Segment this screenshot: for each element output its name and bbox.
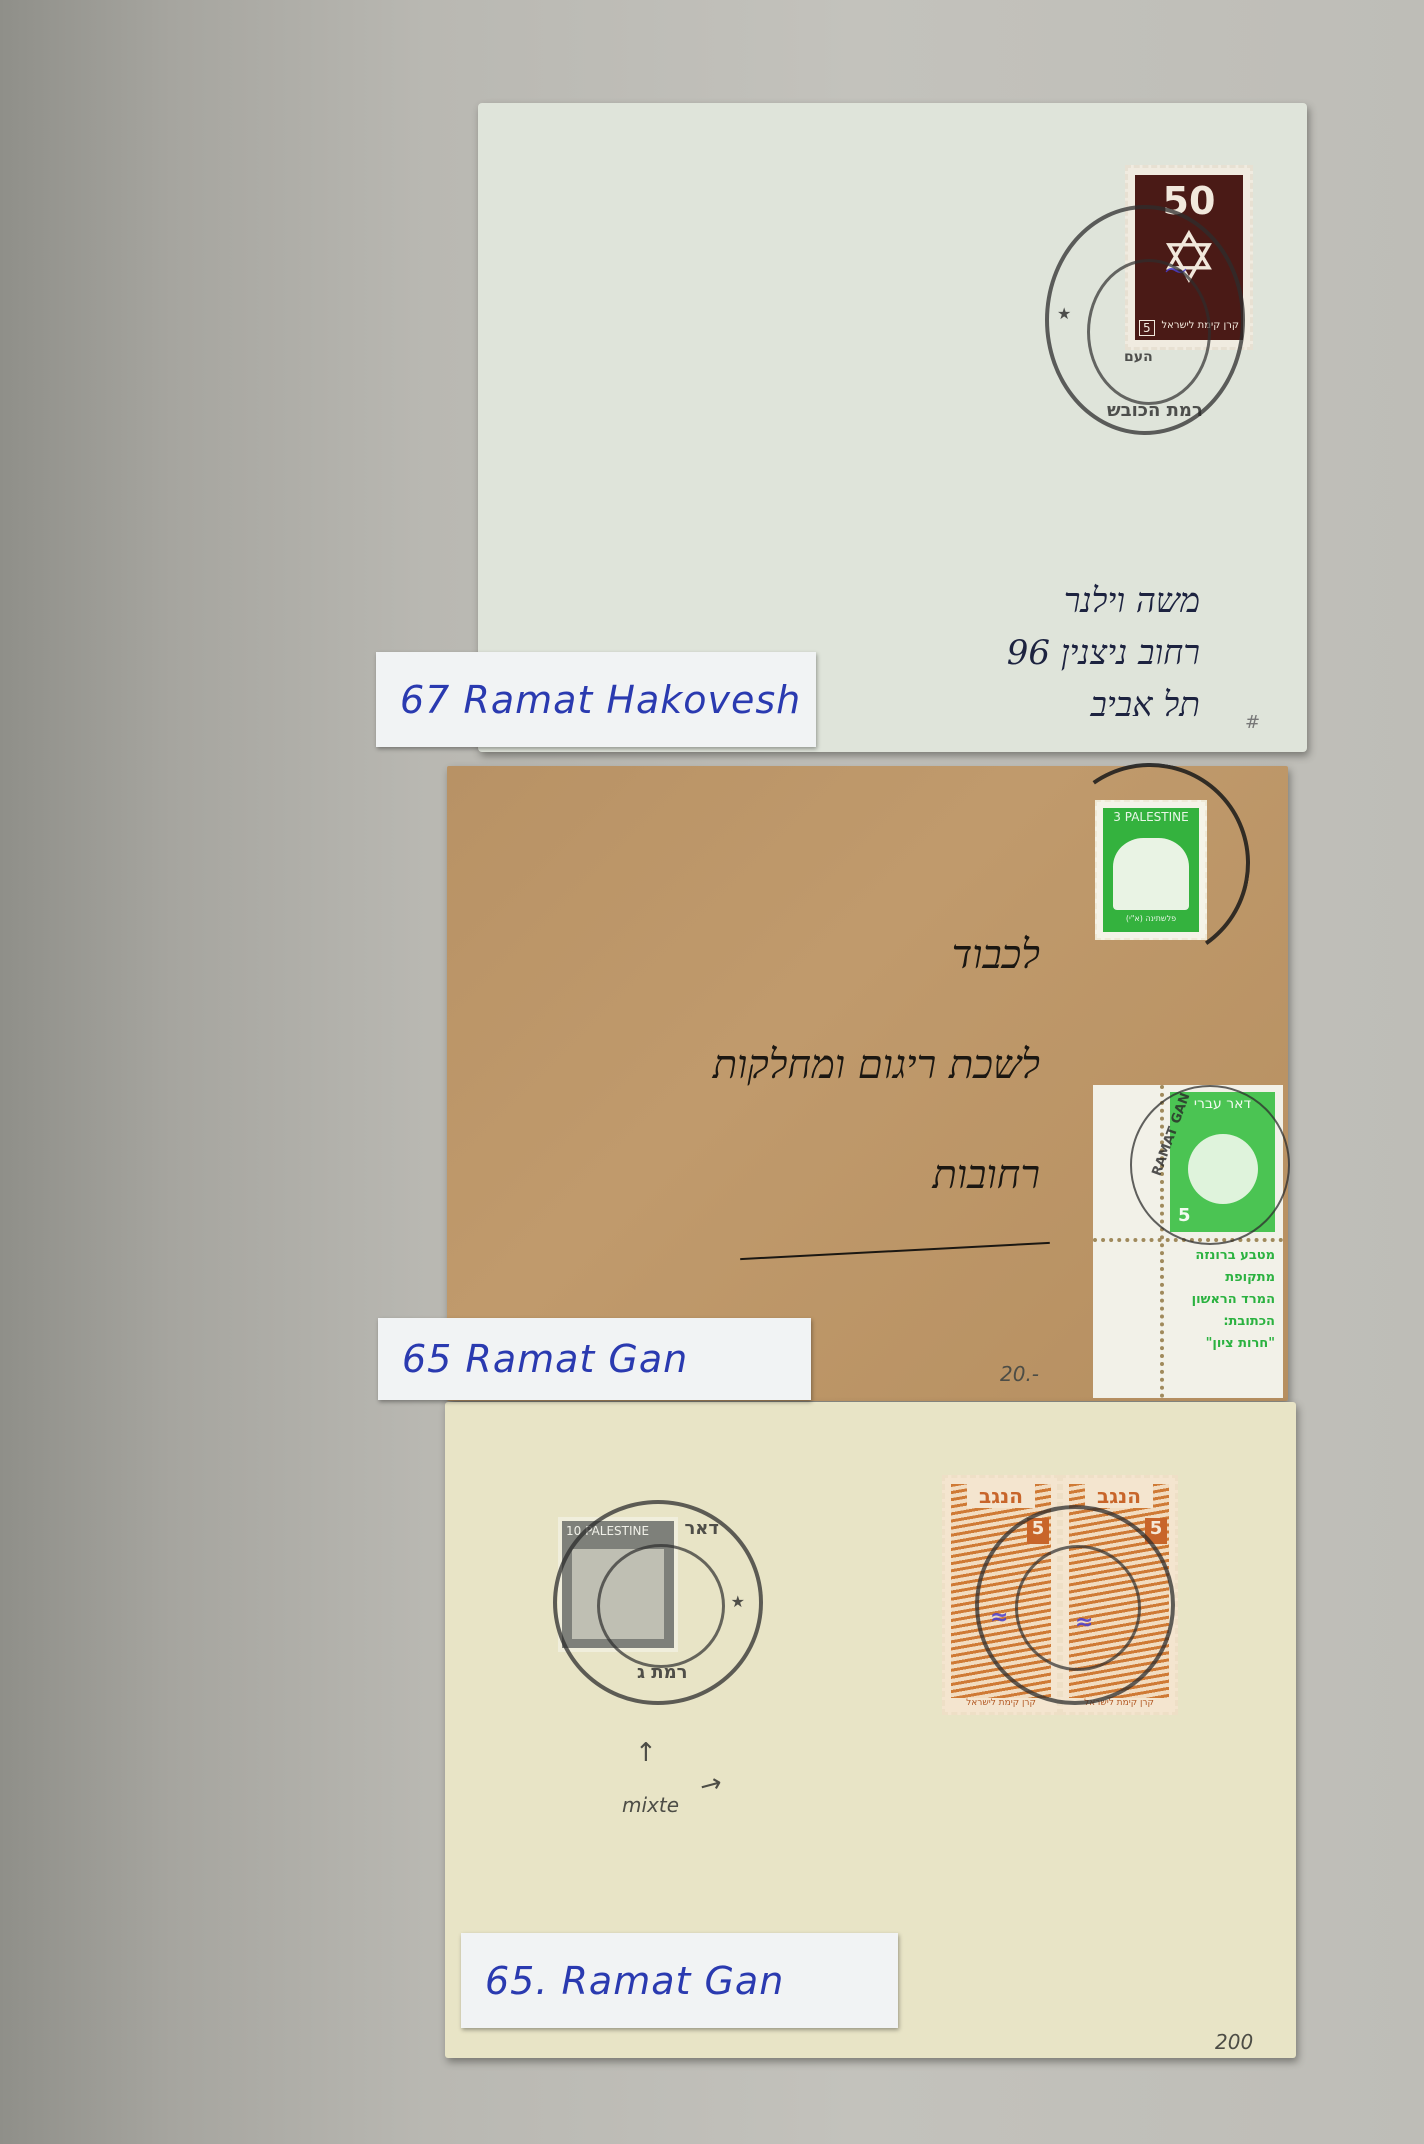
postmark-text: RAMAT GAN — [1150, 1091, 1194, 1178]
pencil-price: 200 — [1215, 2030, 1253, 2054]
address-line: רחובות — [620, 1120, 1040, 1230]
pencil-note: mixte — [622, 1793, 679, 1817]
pencil-mark: # — [1245, 712, 1260, 733]
postmark-inner-ring — [1015, 1545, 1141, 1671]
stamp-title: הנגב — [967, 1484, 1035, 1508]
label-ramat-gan-2: 65. Ramat Gan — [461, 1933, 898, 2028]
address-line: משה וילנר — [900, 575, 1200, 627]
arrow-up-icon: ↑ — [635, 1738, 657, 1768]
postmark-ramat-hakovesh: רמת הכובש העם ★ — [1045, 205, 1245, 435]
label-ramat-hakovesh: 67 Ramat Hakovesh — [376, 652, 816, 747]
blue-cancel-mark: ≈ — [990, 1605, 1008, 1630]
star-icon: ★ — [1057, 304, 1071, 323]
postmark-ramat-gan: RAMAT GAN — [1130, 1085, 1290, 1245]
postmark-subtext: העם — [1124, 349, 1153, 365]
label-ramat-gan: 65 Ramat Gan — [378, 1318, 811, 1400]
postmark-inner-ring — [597, 1544, 725, 1668]
address-ramat-hakovesh: משה וילנר רחוב ניצנין 96 תל אביב — [900, 575, 1200, 731]
address-rehovot: לכבוד לשכת ריגום ומחלקות רחובות — [620, 900, 1040, 1230]
stamp-title: הנגב — [1085, 1484, 1153, 1508]
address-line: תל אביב — [900, 679, 1200, 731]
stamp-tab-text: מטבע ברונזה מתקופת המרד הראשון הכתובת: "… — [1170, 1245, 1275, 1355]
postmark-text: רמת ג — [637, 1662, 687, 1683]
address-line: רחוב ניצנין 96 — [900, 627, 1200, 679]
album-page: 50 ✡ 5 קרן קימת לישראל ～ רמת הכובש העם ★… — [0, 0, 1424, 2144]
pencil-price: 20.- — [1000, 1362, 1039, 1386]
stamp-inscription: קרן קימת לישראל — [945, 1698, 1057, 1708]
postmark-ramat-gan-hebrew: רמת ג דאר ★ — [553, 1500, 763, 1705]
address-line: לכבוד — [620, 900, 1040, 1010]
star-icon: ★ — [731, 1592, 745, 1611]
postmark-inner-ring — [1087, 259, 1211, 405]
postmark-text: רמת הכובש — [1107, 400, 1203, 421]
blue-cancel-mark: ≈ — [1075, 1610, 1093, 1635]
postmark-top-text: דאר — [684, 1518, 719, 1539]
address-line: לשכת ריגום ומחלקות — [620, 1010, 1040, 1120]
